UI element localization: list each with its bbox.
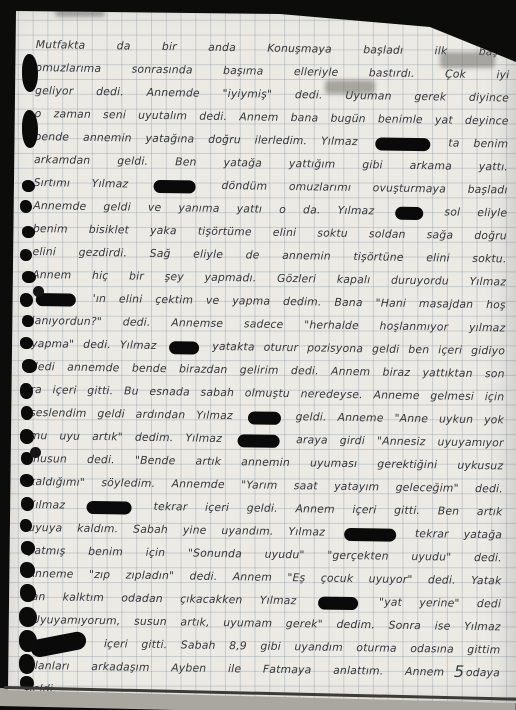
binding-tear-mark: [22, 315, 34, 327]
handwritten-text: 'ın elini çektim ve yapma dedim. Bana "H…: [93, 292, 506, 311]
redaction-mark: [169, 341, 199, 354]
binding-tear-mark: [22, 271, 36, 283]
binding-tear-mark: [20, 584, 36, 602]
handwritten-text: "yat yerine" dedi: [379, 595, 501, 610]
smudge-stain: [55, 9, 105, 17]
binding-tear-mark: [20, 429, 34, 444]
handwritten-text: Olanları arkadaşım Ayben ile Fatmaya anl…: [26, 659, 500, 679]
redaction-mark: [248, 411, 281, 425]
punch-hole: [33, 286, 44, 297]
binding-tear-mark: [22, 359, 37, 373]
handwritten-text: arkamdan geldi. Ben yatağa yattığım gibi…: [34, 153, 508, 173]
handwritten-text: tekrar yatağa: [415, 527, 502, 541]
redaction-mark: [238, 434, 280, 448]
binding-tear-mark: [20, 293, 33, 307]
handwritten-text: dedi annemde bende birazdan gelirim dedi…: [31, 360, 505, 380]
binding-tear-mark: [19, 607, 37, 627]
redaction-mark: [375, 137, 430, 151]
binding-tear-mark: [21, 541, 35, 555]
binding-tear-mark: [20, 519, 32, 532]
handwritten-text: yatmış benim için "Sonunda uyudu" "gerçe…: [28, 544, 502, 564]
binding-tear-mark: [20, 562, 35, 578]
photo-background: { "page": { "number": "5", "colors": { "…: [0, 0, 516, 710]
handwritten-text: lanıyordun?" dedi. Annemse sadece "herha…: [31, 314, 505, 334]
binding-tear-mark: [20, 383, 33, 399]
handwritten-text: mu uyu artık" dedim. Yılmaz: [30, 429, 223, 445]
handwritten-text: ra içeri gitti. Bu esnada sabah olmuştu …: [30, 383, 504, 403]
binding-tear-mark: [19, 630, 37, 652]
binding-tear-mark: [20, 200, 32, 213]
redaction-mark: [395, 206, 423, 219]
handwritten-text: Yılmaz: [28, 498, 65, 512]
handwritten-text: tan kalktım odadan çıkacakken Yılmaz: [27, 590, 296, 607]
handwritten-text: geldi. Anneme "Anne uykun yok: [296, 410, 505, 426]
punch-hole: [30, 447, 41, 458]
handwritten-text: musun dedi. "Bende artık annemin uyuması…: [29, 452, 503, 472]
handwritten-text: seslendim geldi ardından Yılmaz: [30, 406, 233, 422]
binding-tear-mark: [22, 54, 38, 92]
handwritten-text: yapma" dedi. Yılmaz: [31, 337, 157, 352]
notebook-page: Mutfakta da bir anda Konuşmaya başladı i…: [0, 0, 516, 710]
binding-tear-mark: [19, 654, 35, 674]
handwritten-text: Annemde geldi ve yanıma yattı o da. Yılm…: [33, 199, 374, 217]
smudge-stain: [440, 52, 495, 68]
handwritten-text: bende annemin yatağına doğru ilerledim. …: [34, 130, 357, 148]
page-number: 5: [454, 662, 465, 681]
handwritten-text: benim bisiklet yaka tişörtüme elini sokt…: [33, 222, 507, 242]
binding-tear-mark: [20, 249, 32, 261]
redaction-mark: [344, 527, 396, 541]
handwriting-lines: Mutfakta da bir anda Konuşmaya başladı i…: [26, 33, 510, 707]
binding-tear-mark: [20, 337, 33, 349]
binding-tear-mark: [21, 406, 33, 420]
handwritten-text: o zaman seni uyutalım dedi. Annem bana b…: [35, 107, 509, 127]
handwritten-text: Anneme "zıp zıpladın" dedi. Annem "Eş ço…: [27, 567, 501, 587]
redaction-mark: [87, 500, 132, 514]
handwritten-text: Sırtımı Yılmaz: [34, 176, 129, 190]
handwritten-text: sol eliyle: [444, 205, 507, 219]
binding-tear-mark: [22, 110, 38, 148]
handwritten-text: Annem hiç bir şey yapmadı. Gözleri kapal…: [32, 268, 506, 288]
handwritten-text: omuzlarıma sonrasında başıma elleriyle b…: [35, 61, 509, 81]
handwritten-text: yatakta oturur pozisyona geldi ben içeri…: [212, 340, 505, 358]
binding-tear-mark: [21, 497, 34, 511]
redaction-mark: [154, 179, 196, 193]
handwritten-text: tekrar içeri geldi. Annem içeri gitti. B…: [153, 500, 502, 518]
handwritten-text: uyuya kaldım. Sabah yine uyandım. Yılmaz: [28, 521, 325, 539]
redaction-mark: [318, 596, 358, 610]
handwritten-text: içeri gitti. Sabah 8,9 gibi uyandım otur…: [104, 637, 501, 656]
handwritten-text: geliyor dedi. Annemde "iyiymiş" dedi. Uy…: [35, 84, 509, 104]
handwritten-text: araya girdi "Annesiz uyuyamıyor: [296, 433, 504, 449]
smudge-stain: [325, 80, 375, 94]
handwritten-text: kaldığımı" söyledim. Annemde "Yarım saat…: [29, 475, 503, 495]
handwritten-text: Mutfakta da bir anda Konuşmaya başladı i…: [36, 38, 510, 58]
handwritten-text: "Uyuyamıyorum, susun artık, uyumam gerek…: [27, 613, 501, 633]
binding-tear-mark: [22, 226, 35, 238]
handwritten-text: elini gezdirdi. Sağ eliyle de annemin ti…: [32, 245, 506, 265]
handwritten-text: ta benim: [448, 136, 508, 150]
binding-tear-mark: [20, 474, 34, 487]
handwritten-text: döndüm omuzlarımı ovuşturmaya başladı: [221, 179, 507, 196]
binding-tear-mark: [22, 180, 35, 192]
